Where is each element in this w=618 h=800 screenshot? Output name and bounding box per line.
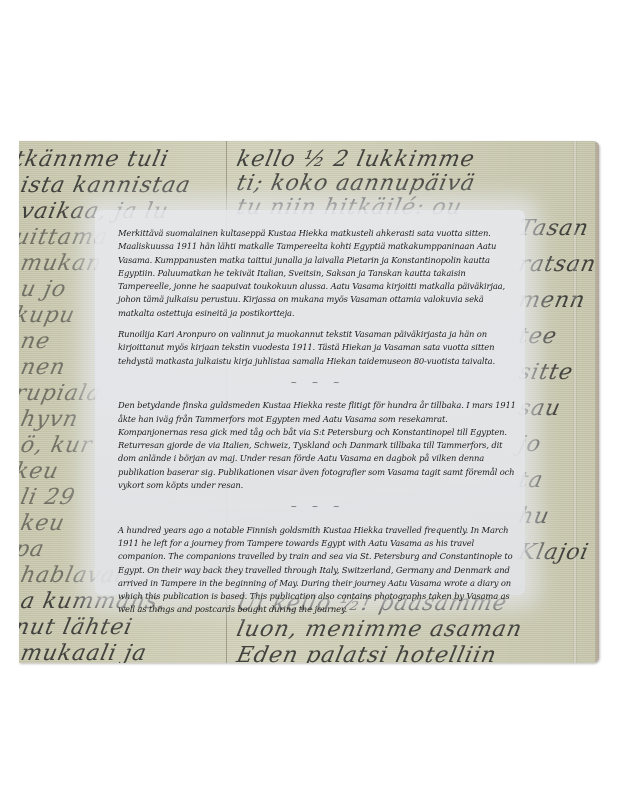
handwriting-line: keu (19, 459, 61, 484)
handwriting-line: menn (516, 288, 588, 313)
handwriting-line: Eden palatsi hotelliin (234, 643, 499, 663)
handwriting-line: pa (19, 537, 47, 562)
handwriting-line: u jo (19, 277, 69, 302)
handwriting-line: Tasan (516, 216, 591, 241)
handwriting-line: nen (19, 355, 68, 380)
handwriting-line: ö, kur (19, 433, 95, 458)
handwriting-line: hyvn (19, 407, 81, 432)
spine-hinge (573, 141, 577, 663)
handwriting-line: ti; koko aannupäivä (234, 171, 477, 196)
handwriting-line: Klajoi (516, 540, 591, 565)
handwriting-line: ratsan (516, 252, 598, 277)
handwriting-line: mukan (19, 251, 104, 276)
handwriting-line: ne (19, 329, 53, 354)
handwriting-line: mukaali ja (19, 641, 149, 663)
separator-ornament: ~ ~ ~ (118, 500, 518, 513)
blurb: Merkittävä suomalainen kultaseppä Kustaa… (118, 227, 518, 625)
english-paragraph: A hundred years ago a notable Finnish go… (118, 524, 518, 617)
handwriting-line: sitte (516, 360, 575, 385)
handwriting-line: kupu (19, 303, 77, 328)
handwriting-line: rupiala (19, 381, 104, 406)
finnish-paragraph-1: Merkittävä suomalainen kultaseppä Kustaa… (118, 227, 518, 320)
handwriting-line: ista kannistaa (19, 173, 193, 198)
swedish-paragraph: Den betydande finska guldsmeden Kustaa H… (118, 399, 518, 492)
handwriting-line: tkännme tuli (19, 147, 171, 172)
handwriting-line: keu (19, 511, 67, 536)
handwriting-line: li 29 (19, 485, 78, 510)
handwriting-line: kello ½ 2 lukkimme (234, 147, 477, 172)
separator-ornament: ~ ~ ~ (118, 376, 518, 389)
spine-edge (595, 141, 599, 663)
finnish-paragraph-2: Runoilija Kari Aronpuro on valinnut ja m… (118, 328, 518, 368)
